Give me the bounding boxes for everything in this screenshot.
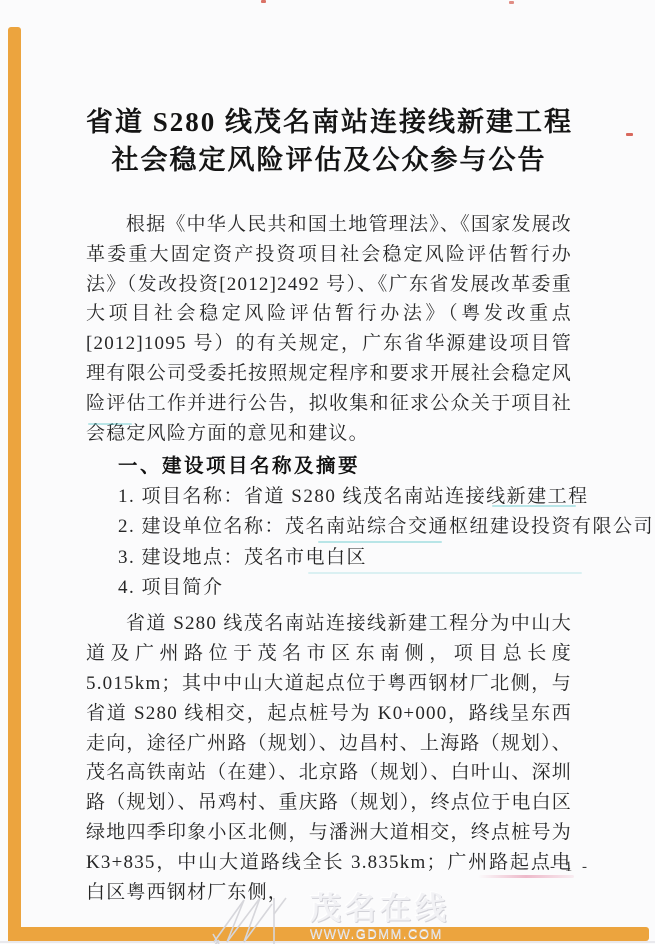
intro-paragraph: 根据《中华人民共和国土地管理法》、《国家发展改革委重大固定资产投资项目社会稳定风… bbox=[86, 210, 572, 448]
watermark-texts: 茂名在线 WWW.GDMM.COM bbox=[310, 884, 450, 941]
watermark-site-name: 茂名在线 bbox=[310, 893, 450, 925]
scanned-document-page: 省道 S280 线茂名南站连接线新建工程 社会稳定风险评估及公众参与公告 根据《… bbox=[0, 0, 655, 944]
page-title-line2: 社会稳定风险评估及公众参与公告 bbox=[112, 145, 547, 175]
page-title-line1: 省道 S280 线茂名南站连接线新建工程 bbox=[86, 107, 573, 137]
list-item-location: 3. 建设地点：茂名市电白区 bbox=[86, 543, 572, 573]
list-item-brief: 4. 项目简介 bbox=[86, 573, 572, 603]
list-item-project-name: 1. 项目名称：省道 S280 线茂名南站连接线新建工程 bbox=[86, 482, 572, 512]
watermark-site-url: WWW.GDMM.COM bbox=[310, 926, 443, 941]
orange-left-border bbox=[8, 27, 21, 941]
list-item-builder-name: 2. 建设单位名称：茂名南站综合交通枢纽建设投资有限公司 bbox=[86, 512, 572, 542]
overview-paragraph: 省道 S280 线茂名南站连接线新建工程分为中山大道及广州路位于茂名市区东南侧，… bbox=[86, 609, 572, 907]
document-content: 省道 S280 线茂名南站连接线新建工程 社会稳定风险评估及公众参与公告 根据《… bbox=[86, 0, 572, 907]
page-number: - 1 - bbox=[538, 859, 602, 876]
page-title: 省道 S280 线茂名南站连接线新建工程 社会稳定风险评估及公众参与公告 bbox=[86, 103, 572, 179]
site-watermark: 茂名在线 WWW.GDMM.COM bbox=[212, 884, 482, 944]
section-heading: 一、建设项目名称及摘要 bbox=[86, 451, 572, 481]
section-item-list: 1. 项目名称：省道 S280 线茂名南站连接线新建工程 2. 建设单位名称：茂… bbox=[86, 482, 572, 604]
watermark-logo-icon bbox=[212, 896, 300, 944]
scan-artifact-red-speck bbox=[626, 133, 633, 136]
